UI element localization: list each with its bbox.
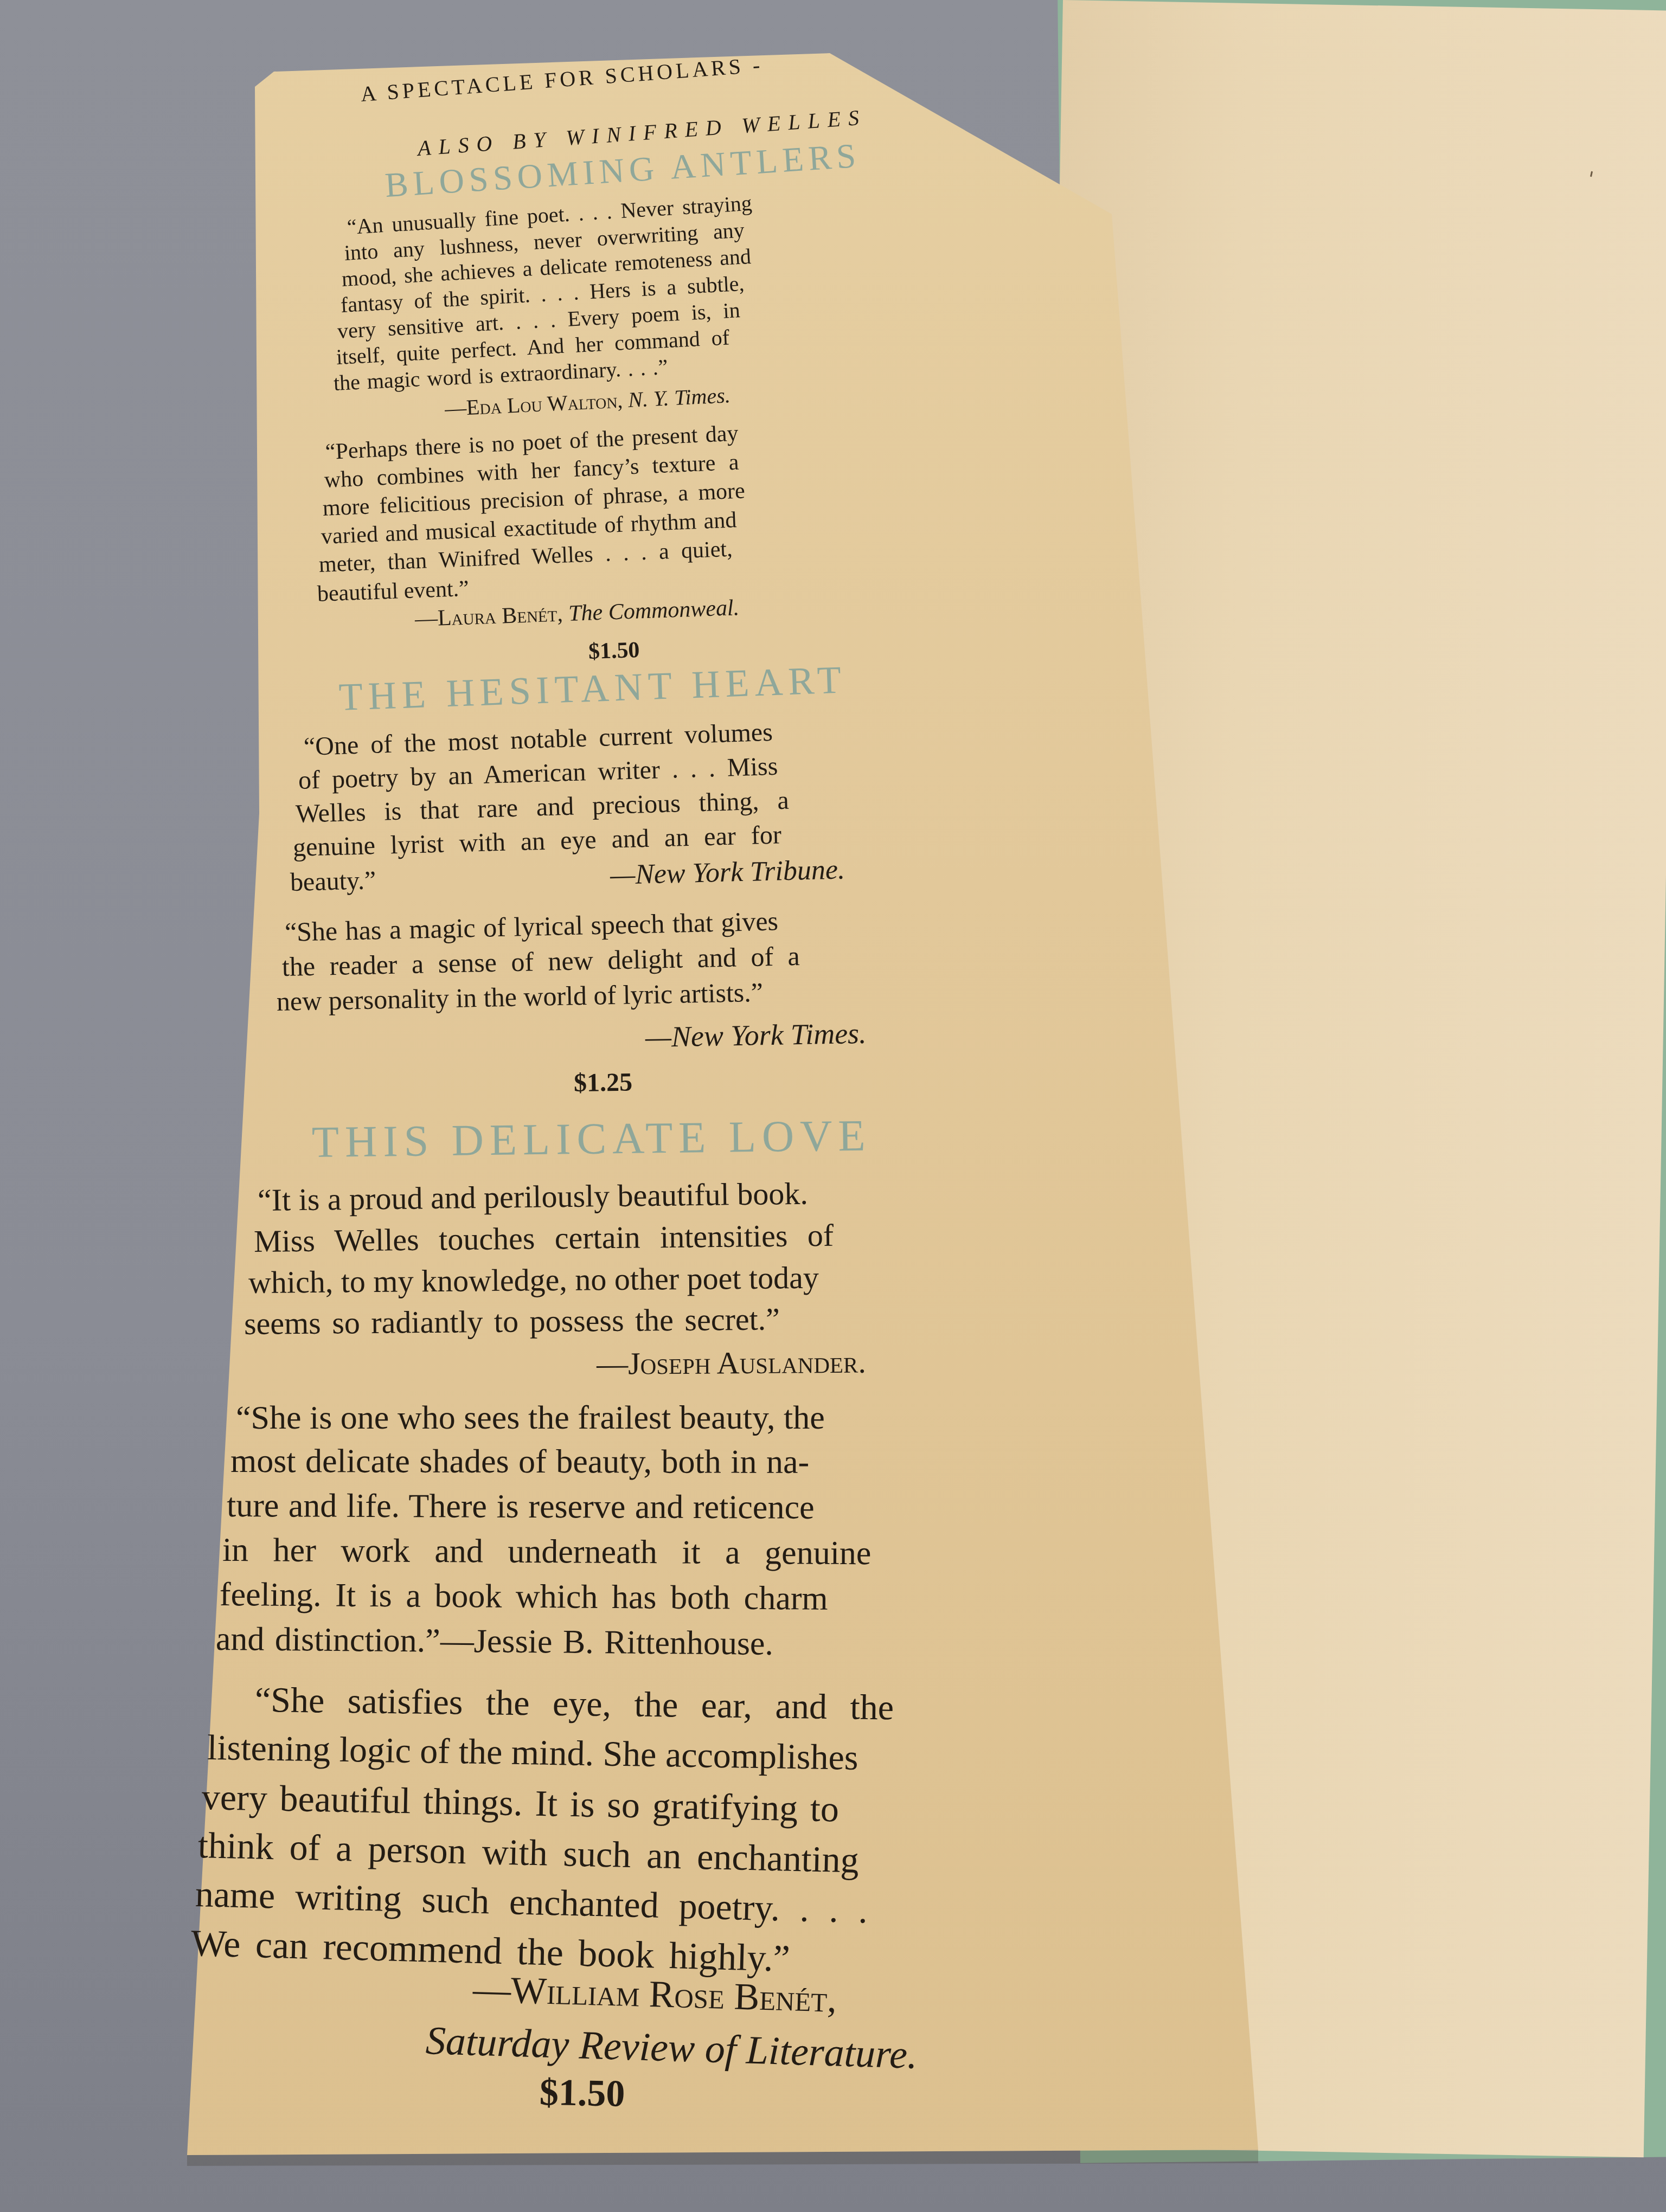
- price-this-delicate-love: $1.50: [539, 2071, 625, 2116]
- publication-name: —New York Times.: [645, 1017, 867, 1054]
- review-line: most delicate shades of beauty, both in …: [230, 1442, 809, 1482]
- review-line: “It is a proud and perilously beautiful …: [258, 1175, 809, 1218]
- flap-text: A Spectacle for Scholars - ALSO BY WINIF…: [0, 0, 1666, 2212]
- publication-name: N. Y. Times.: [627, 383, 731, 412]
- review-line: name writing such enchanted poetry. . . …: [195, 1873, 868, 1932]
- review-line: feeling. It is a book which has both cha…: [220, 1576, 828, 1618]
- review-line: beauty.”: [290, 865, 376, 897]
- series-line: A Spectacle for Scholars -: [360, 52, 764, 107]
- price-hesitant-heart: $1.25: [574, 1067, 633, 1098]
- review-line: “She is one who sees the frailest beauty…: [236, 1399, 825, 1437]
- book-title-this-delicate-love: THIS DELICATE LOVE: [311, 1110, 872, 1168]
- review-line: “She has a magic of lyrical speech that …: [284, 905, 778, 948]
- review-line: which, to my knowledge, no other poet to…: [248, 1259, 819, 1301]
- reviewer-name: —Joseph Auslander.: [597, 1344, 866, 1382]
- reviewer-name: —Eda Lou Walton,: [444, 388, 629, 421]
- publication-name: Saturday Review of Literature.: [425, 2018, 918, 2079]
- review-line: and distinction.”—Jessie B. Rittenhouse.: [216, 1620, 774, 1663]
- publication-name: —New York Tribune.: [610, 853, 845, 891]
- review-line: very beautiful things. It is so gratifyi…: [201, 1776, 839, 1831]
- review-line: new personality in the world of lyric ar…: [276, 976, 763, 1017]
- review-line: “She satisfies the eye, the ear, and the: [255, 1680, 894, 1728]
- review-line: ture and life. There is reserve and reti…: [227, 1487, 815, 1527]
- price-blossoming-antlers: $1.50: [588, 637, 640, 665]
- review-line: the reader a sense of new delight and of…: [281, 940, 800, 982]
- review-line: seems so radiantly to possess the secret…: [244, 1301, 780, 1342]
- review-line: listening logic of the mind. She accompl…: [207, 1727, 858, 1779]
- publication-name: The Commonweal.: [568, 595, 739, 626]
- review-line: beautiful event.”: [317, 576, 469, 607]
- reviewer-name: —Laura Benét,: [414, 601, 569, 632]
- review-line: think of a person with such an enchantin…: [197, 1824, 859, 1882]
- book-title-hesitant-heart: THE HESITANT HEART: [338, 657, 848, 720]
- review-line: in her work and underneath it a genuine: [222, 1531, 872, 1573]
- review-line: Miss Welles touches certain intensities …: [254, 1217, 834, 1259]
